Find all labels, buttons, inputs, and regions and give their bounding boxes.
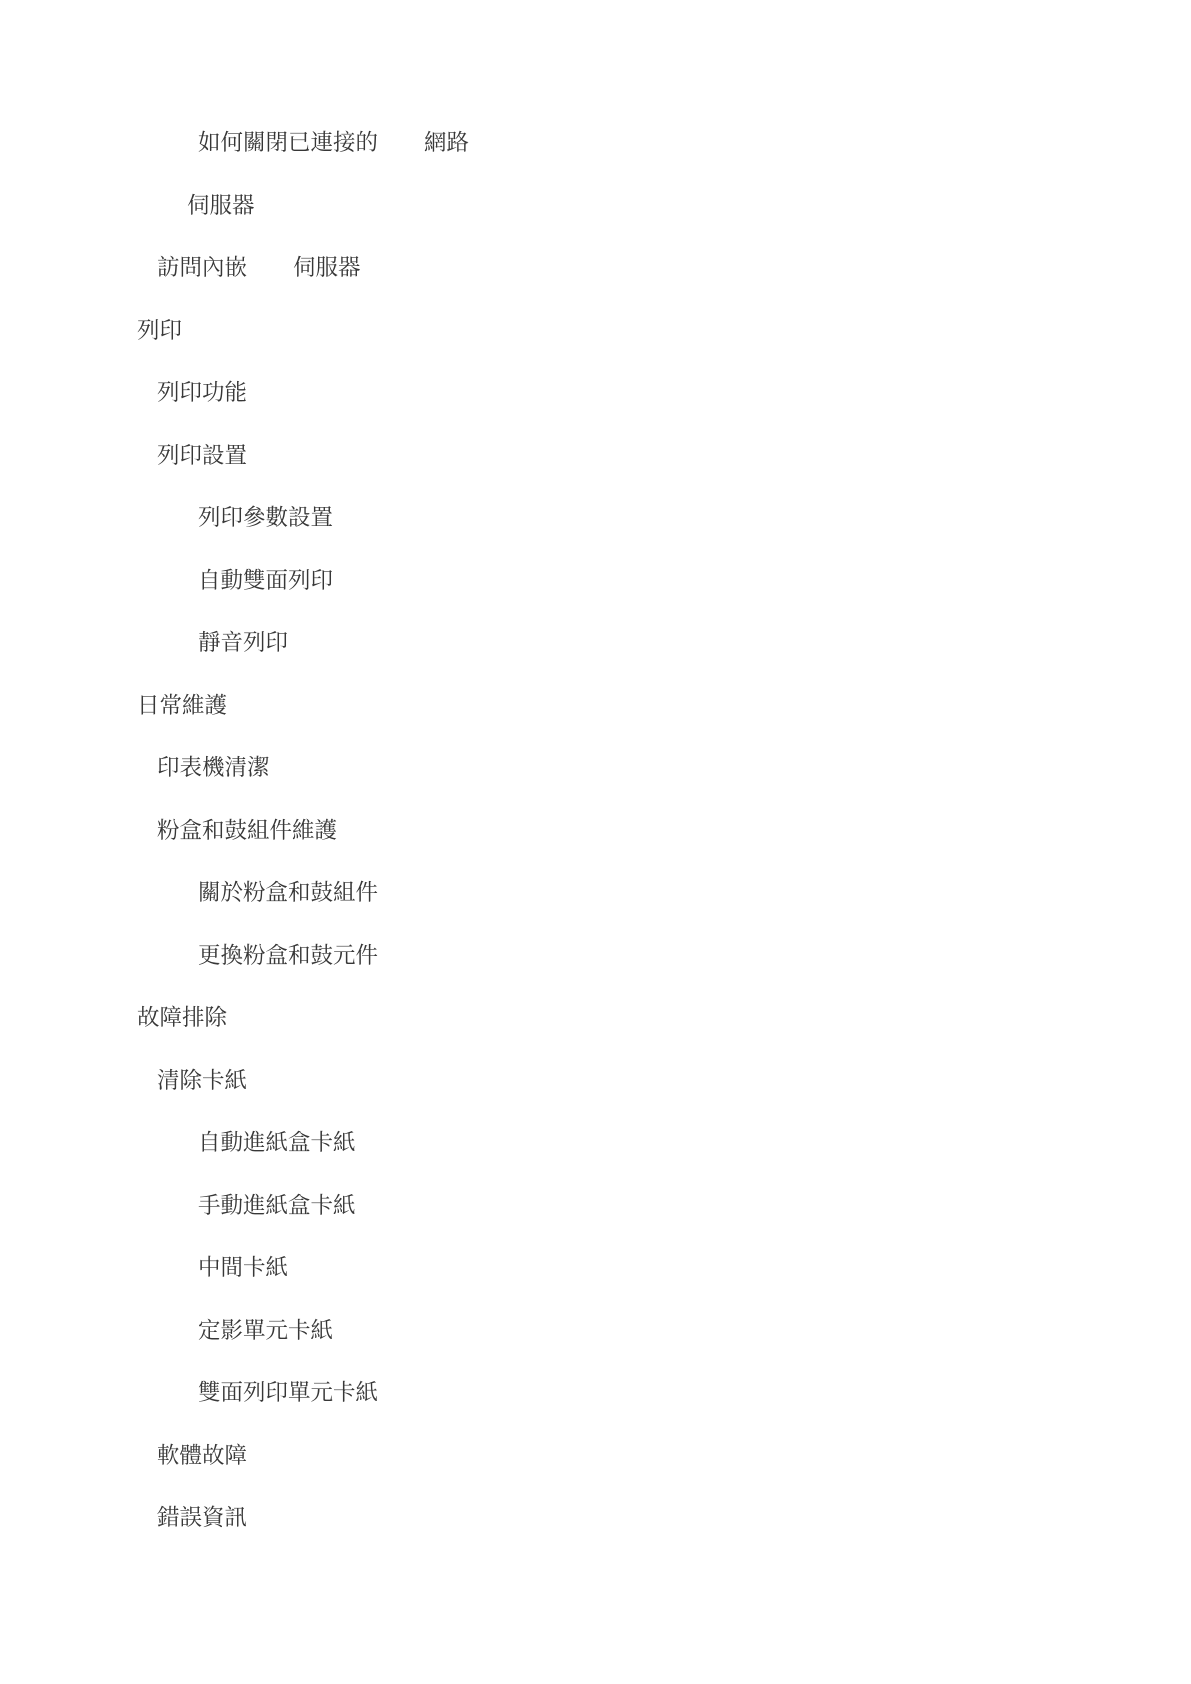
toc-entry: 中間卡紙	[0, 1237, 1191, 1300]
toc-entry: 手動進紙盒卡紙	[0, 1175, 1191, 1238]
toc-entry-text: 故障排除	[137, 1007, 227, 1030]
toc-entry-text: 自動進紙盒卡紙	[198, 1132, 356, 1155]
toc-entry: 列印	[0, 300, 1191, 363]
toc-entry-text: 印表機清潔	[157, 757, 270, 780]
toc-entry: 印表機清潔	[0, 737, 1191, 800]
toc-entry-text: 列印功能	[157, 382, 247, 405]
toc-entry-text: 伺服器	[293, 257, 361, 280]
toc-entry: 更換粉盒和鼓元件	[0, 925, 1191, 988]
toc-entry: 列印功能	[0, 362, 1191, 425]
missing-word-gap	[378, 143, 424, 144]
toc-entry: 雙面列印單元卡紙	[0, 1362, 1191, 1425]
toc-entry-text: 更換粉盒和鼓元件	[198, 945, 378, 968]
missing-word-gap	[247, 268, 293, 269]
toc-entry-text: 清除卡紙	[157, 1070, 247, 1093]
toc-entry: 清除卡紙	[0, 1050, 1191, 1113]
toc-entry-text: 訪問內嵌	[157, 257, 247, 280]
toc-entry-text: 如何關閉已連接的	[198, 132, 378, 155]
toc-entry-text: 自動雙面列印	[198, 570, 333, 593]
toc-entry-text: 日常維護	[137, 695, 227, 718]
toc-entry-text: 錯誤資訊	[157, 1507, 247, 1530]
toc-entry-text: 關於粉盒和鼓組件	[198, 882, 378, 905]
toc-entry: 自動進紙盒卡紙	[0, 1112, 1191, 1175]
toc-entry-text: 伺服器	[187, 195, 255, 218]
toc-entry-text: 雙面列印單元卡紙	[198, 1382, 378, 1405]
toc-entry: 粉盒和鼓組件維護	[0, 800, 1191, 863]
toc-entry: 關於粉盒和鼓組件	[0, 862, 1191, 925]
toc-entry-text: 手動進紙盒卡紙	[198, 1195, 356, 1218]
toc-entry-text: 中間卡紙	[198, 1257, 288, 1280]
toc-entry-text: 軟體故障	[157, 1445, 247, 1468]
toc-entry-text: 定影單元卡紙	[198, 1320, 333, 1343]
toc-entry-text: 列印設置	[157, 445, 247, 468]
toc-entry: 伺服器	[0, 175, 1191, 238]
toc-entry: 列印參數設置	[0, 487, 1191, 550]
document-page: 如何關閉已連接的網路伺服器訪問內嵌伺服器列印列印功能列印設置列印參數設置自動雙面…	[0, 0, 1191, 1684]
toc-entry: 故障排除	[0, 987, 1191, 1050]
toc-entry: 錯誤資訊	[0, 1487, 1191, 1550]
toc-entry-text: 列印	[137, 320, 182, 343]
toc-entry: 如何關閉已連接的網路	[0, 112, 1191, 175]
toc-list: 如何關閉已連接的網路伺服器訪問內嵌伺服器列印列印功能列印設置列印參數設置自動雙面…	[0, 112, 1191, 1550]
toc-entry: 自動雙面列印	[0, 550, 1191, 613]
toc-entry-text: 網路	[424, 132, 469, 155]
toc-entry: 軟體故障	[0, 1425, 1191, 1488]
toc-entry-text: 列印參數設置	[198, 507, 333, 530]
toc-entry: 定影單元卡紙	[0, 1300, 1191, 1363]
toc-entry-text: 粉盒和鼓組件維護	[157, 820, 337, 843]
toc-entry: 列印設置	[0, 425, 1191, 488]
toc-entry: 訪問內嵌伺服器	[0, 237, 1191, 300]
toc-entry: 靜音列印	[0, 612, 1191, 675]
toc-entry-text: 靜音列印	[198, 632, 288, 655]
toc-entry: 日常維護	[0, 675, 1191, 738]
